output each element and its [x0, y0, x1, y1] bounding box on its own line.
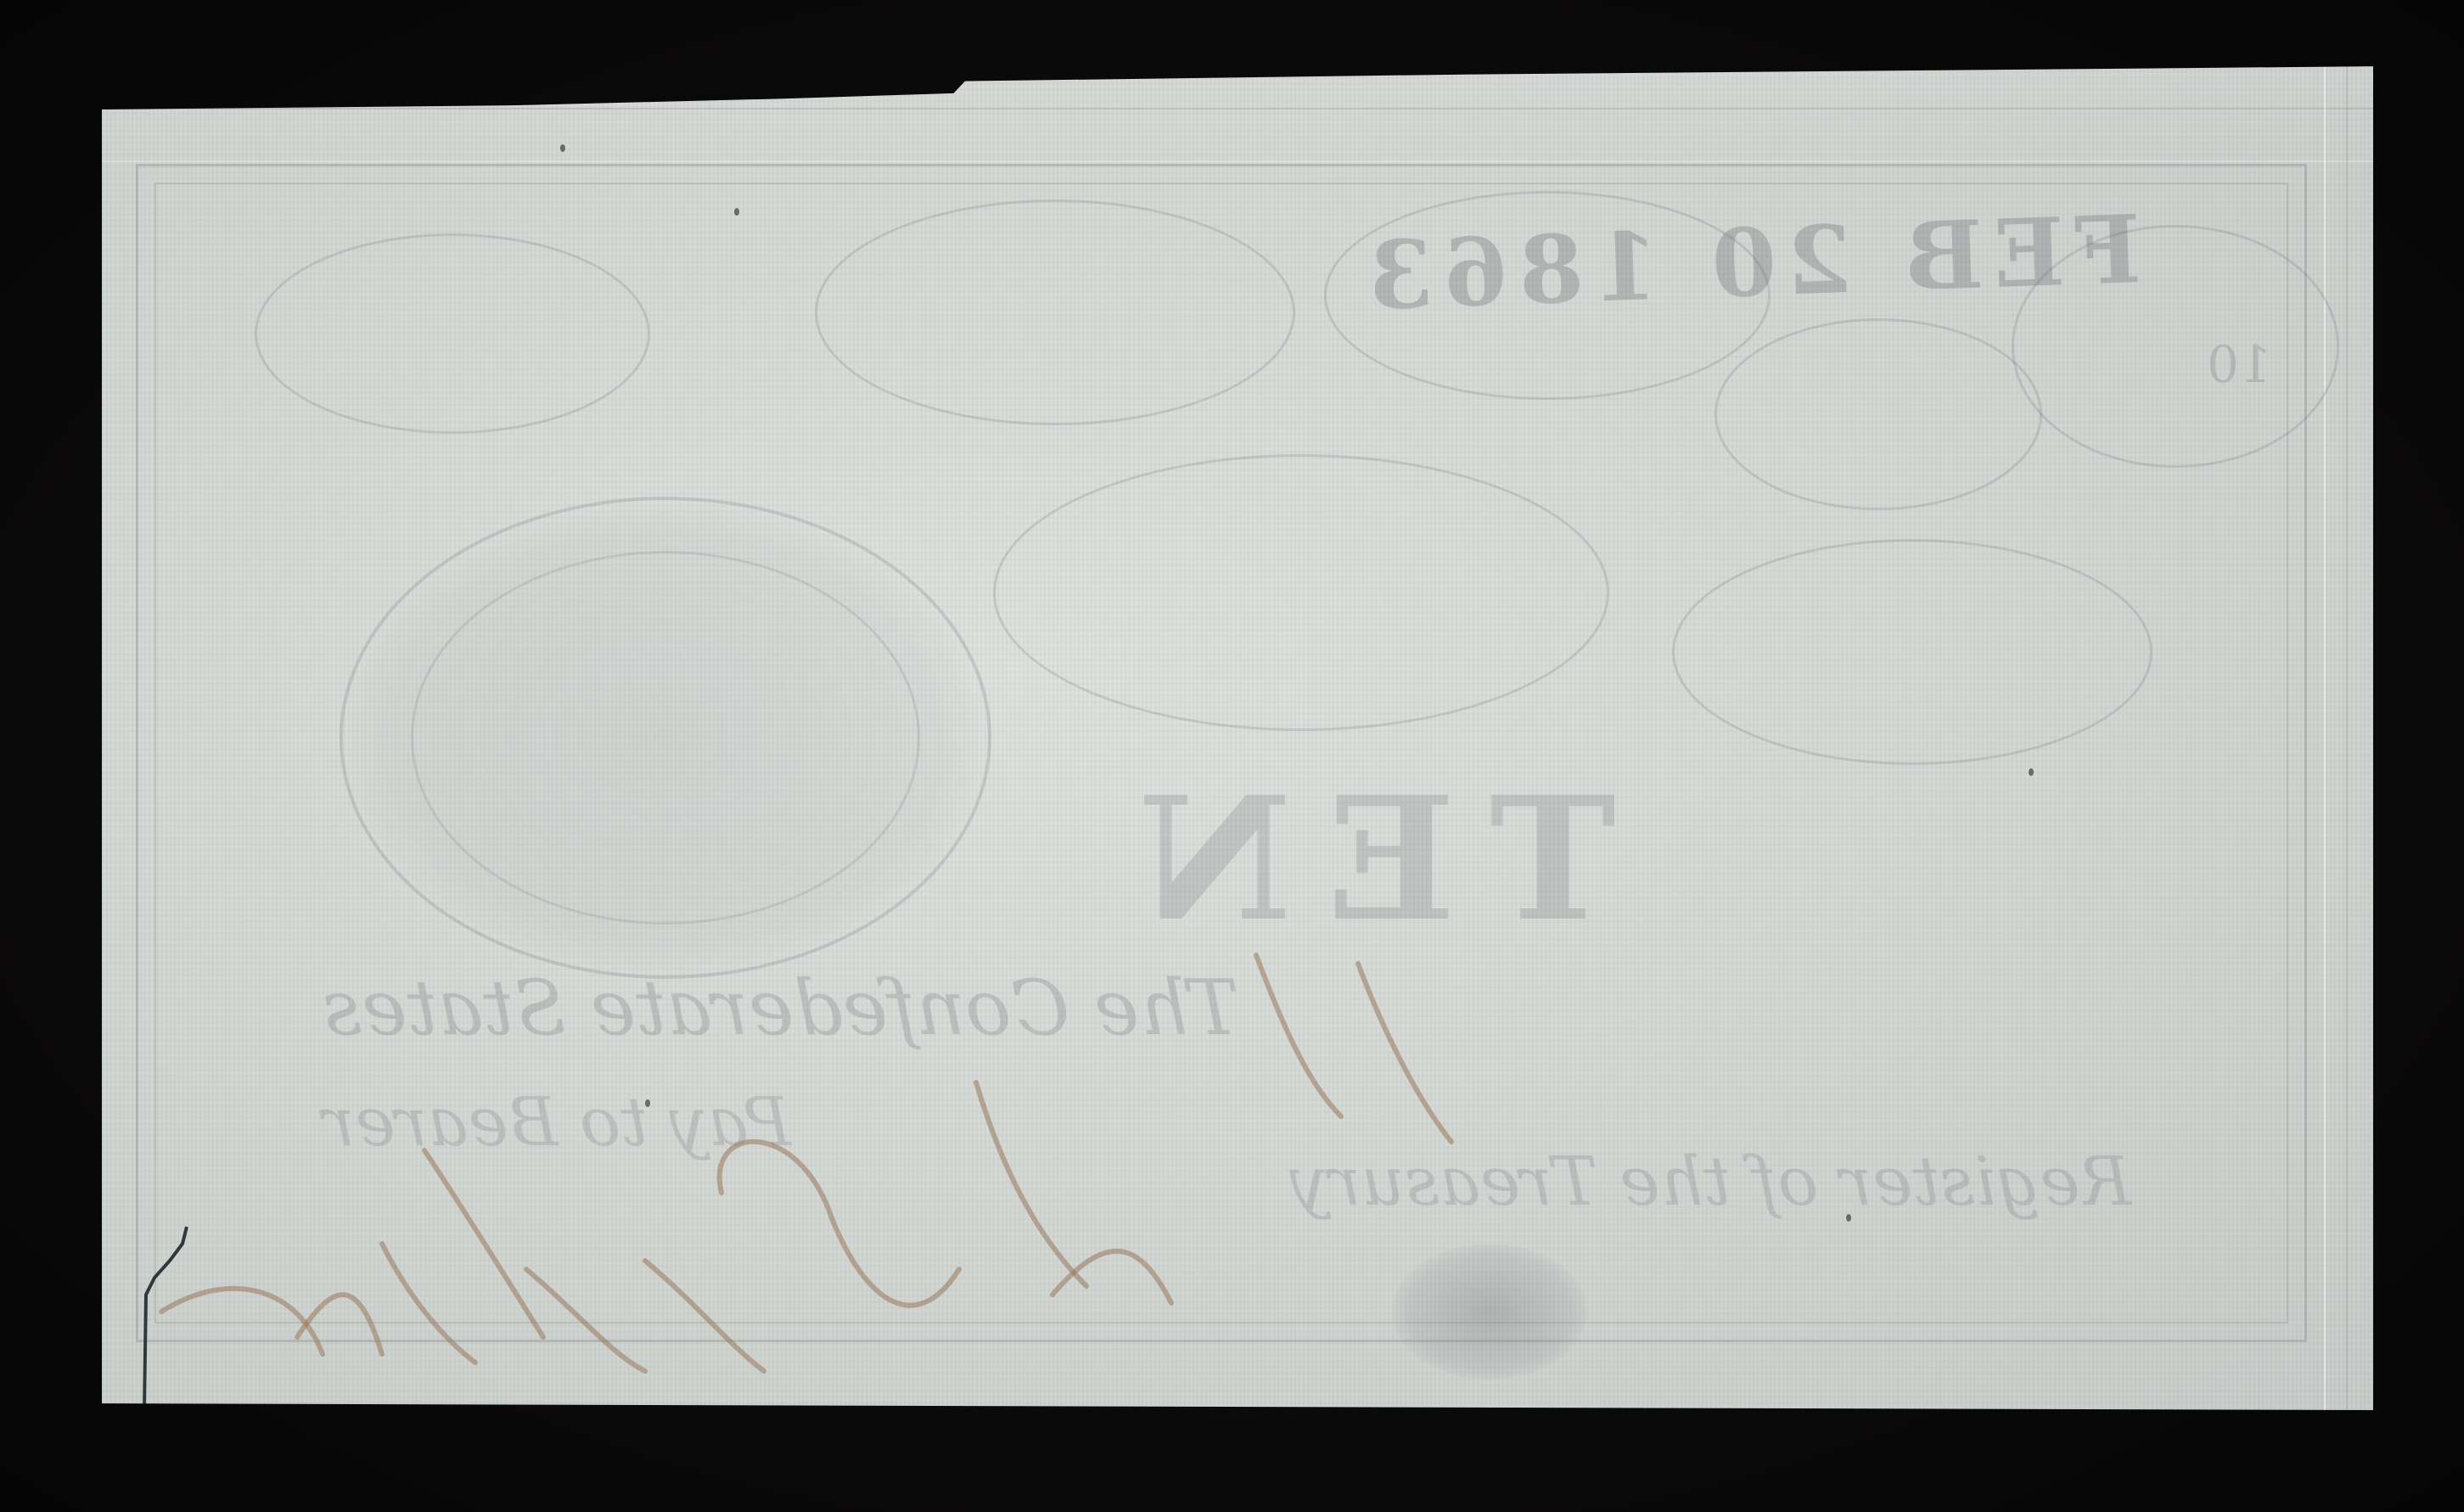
ghost-script-line-2: Pay to Bearer [323, 1082, 791, 1161]
paper-speck [560, 144, 565, 152]
paper-note-reverse: FEB 20 1863 TEN The Confederate States P… [102, 64, 2373, 1410]
ghost-seal-dark [1392, 1244, 1587, 1380]
paper-speck [734, 208, 739, 216]
ghost-denomination-text: TEN [1103, 760, 1616, 959]
ghost-oval-4 [1715, 318, 2042, 510]
ghost-medallion-portrait [340, 497, 991, 979]
paper-speck [645, 1099, 650, 1107]
paper-speck [1846, 1214, 1851, 1222]
ghost-script-line-3: Register of the Treasury [1290, 1142, 2131, 1221]
ghost-script-line-1: The Confederate States [323, 964, 1239, 1053]
right-fold-strip [2324, 64, 2348, 1410]
top-fold-strip [102, 108, 2373, 162]
ghost-oval-6 [993, 454, 1609, 731]
ghost-corner-mark: 10 [2207, 335, 2271, 395]
ghost-oval-2 [815, 200, 1295, 425]
ghost-oval-7 [1672, 539, 2152, 765]
paper-speck [2029, 768, 2034, 776]
ghost-oval-1 [255, 233, 650, 434]
